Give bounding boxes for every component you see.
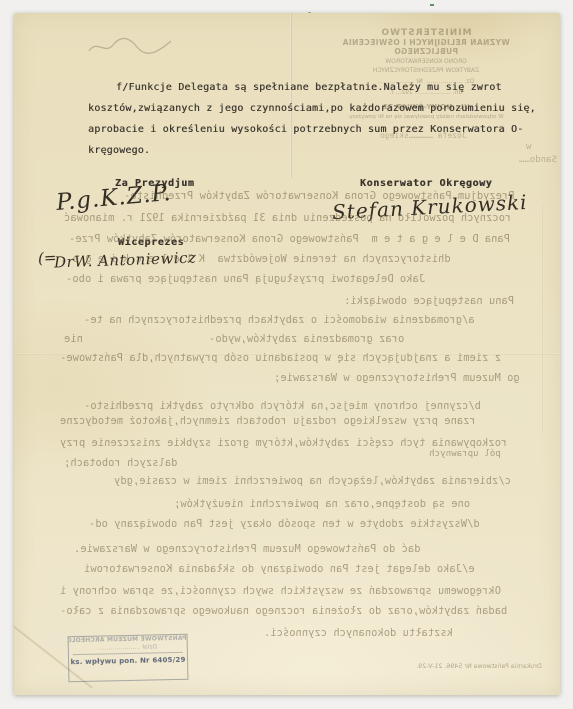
bleedthrough-line: ZABYTKÓW PRZEDHISTORYCZNYCH xyxy=(326,67,526,74)
bleedthrough-address: w xyxy=(526,142,531,152)
typed-paragraph-line: kręgowego. xyxy=(88,145,150,156)
bleedthrough-line: e/Jako delegat jest Pan obowiązany do sk… xyxy=(84,563,475,575)
bleedthrough-line: pól uprawnych xyxy=(429,449,501,459)
bleedthrough-line: oraz gromadzenia zabytków,wydo- xyxy=(209,333,404,345)
bleedthrough-line: dhistorycznych na terenie Województwa K … xyxy=(60,253,451,265)
bleedthrough-line: rocznych pozwoliło na posiedzeniu dnia 3… xyxy=(64,212,511,224)
bleedthrough-line: kształtu dokonanych czynności. xyxy=(264,627,453,639)
bleedthrough-line: Okręgowemu sprawozdań ze wszystkich swyc… xyxy=(60,585,501,597)
bleedthrough-line: rzane przy wszelkiego rodzaju robotach z… xyxy=(60,415,476,427)
bleedthrough-line: PUBLICZNEGO xyxy=(326,47,526,56)
typed-paragraph-line: aprobacie i określeniu wysokości potrzeb… xyxy=(88,124,523,135)
scan-background: MINISTERSTWO WYZNAŃ RELIGIJNYCH I OŚWIEC… xyxy=(0,0,573,709)
stamp-mirrored-dept: Dział ………………… xyxy=(73,643,183,655)
typed-paragraph-line: f/Funkcje Delegata są spełniane bezpłatn… xyxy=(116,82,502,93)
fold-crease-vertical xyxy=(290,13,292,178)
bleedthrough-line: Jako Delegatowi przysługują Panu następu… xyxy=(66,273,425,285)
fold-crease-vertical xyxy=(541,203,543,433)
bleedthrough-line: W odpowiedziach należy powoływać się na … xyxy=(326,114,526,120)
scan-artifact-speck xyxy=(430,4,434,6)
bleedthrough-line: nie xyxy=(64,333,83,345)
bleedthrough-line: GRONO KONSERWATORÓW xyxy=(326,58,526,65)
bleedthrough-line: Pana D e l e g a t e m Państwowego Grona… xyxy=(69,233,510,245)
bleedthrough-line: z ziemi a znajdujących się w posiadaniu … xyxy=(60,352,501,364)
bleedthrough-line: dać do Państwowego Muzeum Prehistoryczne… xyxy=(74,543,420,555)
bleedthrough-line: a/gromadzenia wiadomości o zabytkach prz… xyxy=(84,314,475,326)
bleedthrough-line: Prezydjum Państwowego Grona Konserwatoró… xyxy=(124,190,515,202)
bleedthrough-line: rozkopywania tych części zabytków,którym… xyxy=(60,437,507,449)
document-paper: MINISTERSTWO WYZNAŃ RELIGIJNYCH I OŚWIEC… xyxy=(14,13,560,695)
bleedthrough-line: MINISTERSTWO xyxy=(326,28,526,38)
bleedthrough-line: Panu następujące obowiązki: xyxy=(344,295,514,307)
bleedthrough-line: one są dostępne,oraz na powierzchni nieu… xyxy=(174,498,470,510)
stamp-entry-number: ks. wpływu pon. Nr 6405/29 xyxy=(69,656,187,666)
bleedthrough-line: c/zbierania zabytków,leżących na powierz… xyxy=(114,475,511,487)
museum-entry-stamp: PAŃSTWOWE MUZEUM ARCHEOLOGICZNE Dział ……… xyxy=(68,634,189,683)
bleedthrough-line: WYZNAŃ RELIGIJNYCH I OŚWIECENIA xyxy=(326,38,526,47)
bleedthrough-line: badań zabytków,oraz do złożenia rocznego… xyxy=(60,605,507,617)
heading-konserwator-okregowy: Konserwator Okręgowy xyxy=(360,178,492,189)
pencil-scribble xyxy=(85,29,175,61)
bleedthrough-line: d/Wszystkie zdobyte w ten sposób okazy j… xyxy=(89,518,480,530)
bleedthrough-line: b/czynnej ochrony miejsc,na których odkr… xyxy=(84,400,481,412)
bleedthrough-line: go Muzeum Prehistorycznego w Warszawie; xyxy=(274,372,520,384)
bleedthrough-printer-imprint: Drukarnia Państwowa Nr 5496. 21-V-29. xyxy=(406,663,552,670)
bleedthrough-address: Sando…… xyxy=(519,155,557,165)
typed-paragraph-line: kosztów,związanych z jego czynnościami,p… xyxy=(88,103,536,114)
bleedthrough-line: dalszych robotach; xyxy=(64,457,177,469)
